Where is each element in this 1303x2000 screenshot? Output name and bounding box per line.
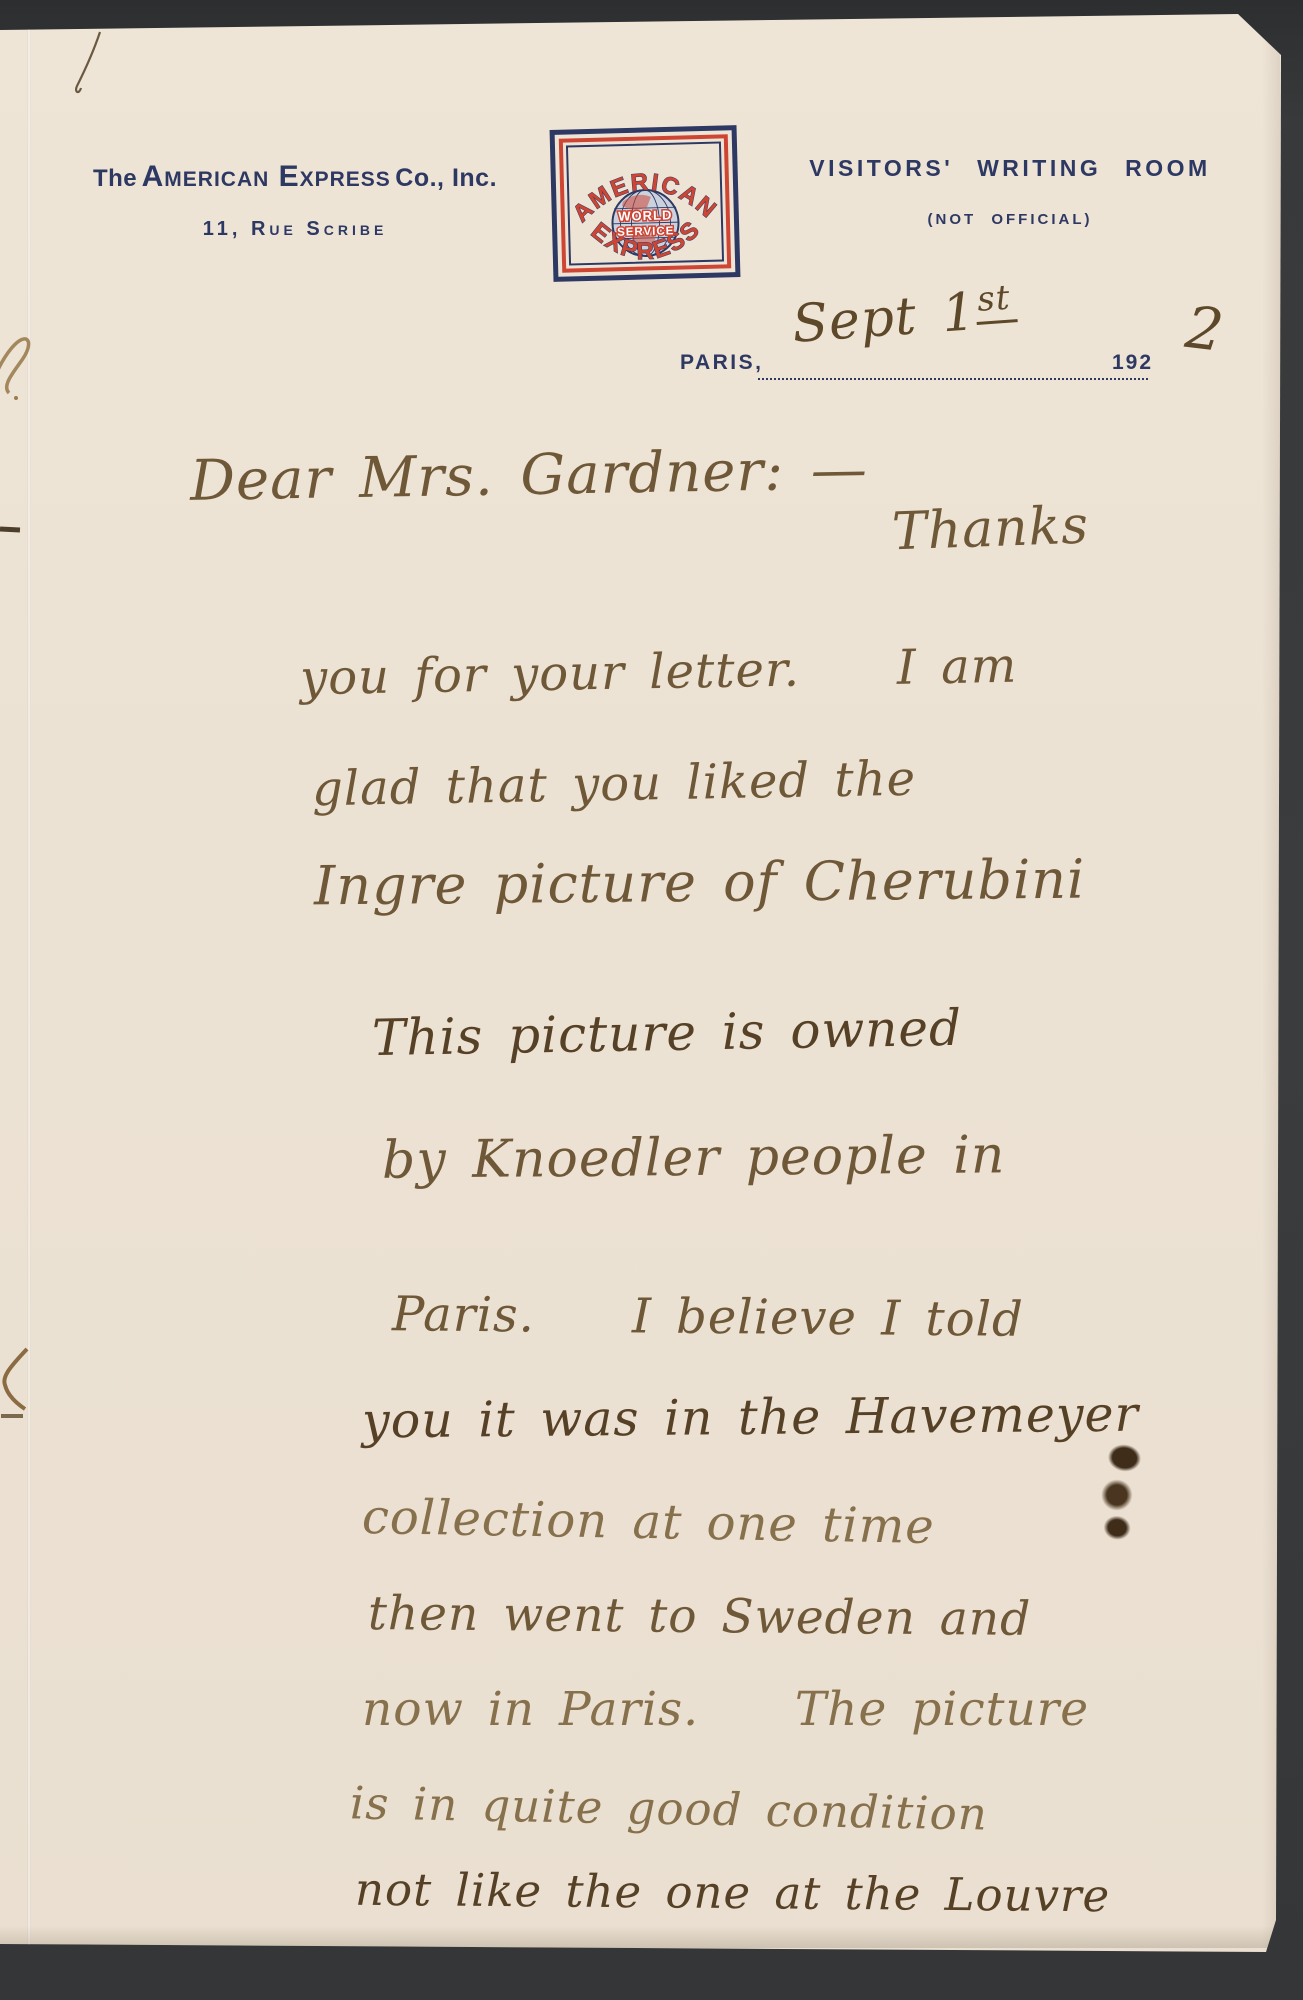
handwritten-ordinal: st (974, 277, 1018, 325)
globe-word-world: WORLD (618, 207, 672, 223)
body-line: Ingre picture of Cherubini (314, 853, 1086, 914)
not-official-note: (NOT OFFICIAL) (775, 211, 1245, 228)
american-express-stamp-logo: AMERICAN EXPRESS WORLD SERVICE (549, 125, 741, 283)
fold-crease (27, 25, 31, 1947)
company-suffix: Co., Inc. (395, 164, 497, 192)
globe-word-service: SERVICE (617, 225, 675, 238)
paper-right-shadow (1262, 20, 1280, 1950)
company-name: The American Express Co., Inc. (52, 160, 538, 194)
paper-bottom-shadow (0, 1926, 1281, 1948)
company-address: 11, Rue Scribe (52, 218, 538, 241)
letter-scan: 20 The American Express Co., Inc. 11, Ru… (0, 0, 1303, 2000)
ink-curve-left-edge (0, 1346, 32, 1418)
body-line: now in Paris. The picture (362, 1686, 1089, 1733)
ink-scribble-blot (1089, 1433, 1152, 1547)
body-line: you for your letter. I am (300, 642, 1018, 703)
body-line: you it was in the Havemeyer (362, 1390, 1139, 1446)
ink-dash-left-edge (1, 1414, 23, 1418)
company-the: The (93, 165, 137, 192)
company-main: American Express (142, 160, 391, 193)
body-line: Paris. I believe I told (392, 1290, 1024, 1344)
ink-dash-left-edge (0, 526, 20, 532)
dateline-dotted-rule (758, 352, 1148, 380)
visitors-room-title: VISITORS' WRITING ROOM (775, 155, 1245, 182)
body-line-thanks: Thanks (891, 500, 1090, 559)
body-line: is in quite good condition (350, 1780, 988, 1836)
dateline-city: PARIS, (680, 351, 763, 375)
body-line: glad that you liked the (312, 755, 917, 814)
stray-pen-mark-top-left (70, 28, 112, 100)
handwritten-date: Sept 1st (790, 280, 1019, 351)
handwritten-day: Sept 1 (790, 282, 978, 355)
body-line: not like the one at the Louvre (355, 1867, 1111, 1919)
salutation: Dear Mrs. Gardner: — (190, 442, 869, 510)
stamp-logo-icon: AMERICAN EXPRESS WORLD SERVICE (549, 125, 741, 283)
letter-paper: The American Express Co., Inc. 11, Rue S… (0, 0, 1303, 2000)
body-line: then went to Sweden and (368, 1590, 1032, 1643)
body-line: This picture is owned (372, 1003, 963, 1063)
handwritten-year-digit: 2 (1183, 298, 1228, 360)
dateline-printed-year: 192 (1112, 351, 1153, 375)
body-line: by Knoedler people in (382, 1129, 1006, 1186)
body-line: collection at one time (362, 1493, 935, 1551)
ink-fragment-left-edge (0, 316, 36, 400)
